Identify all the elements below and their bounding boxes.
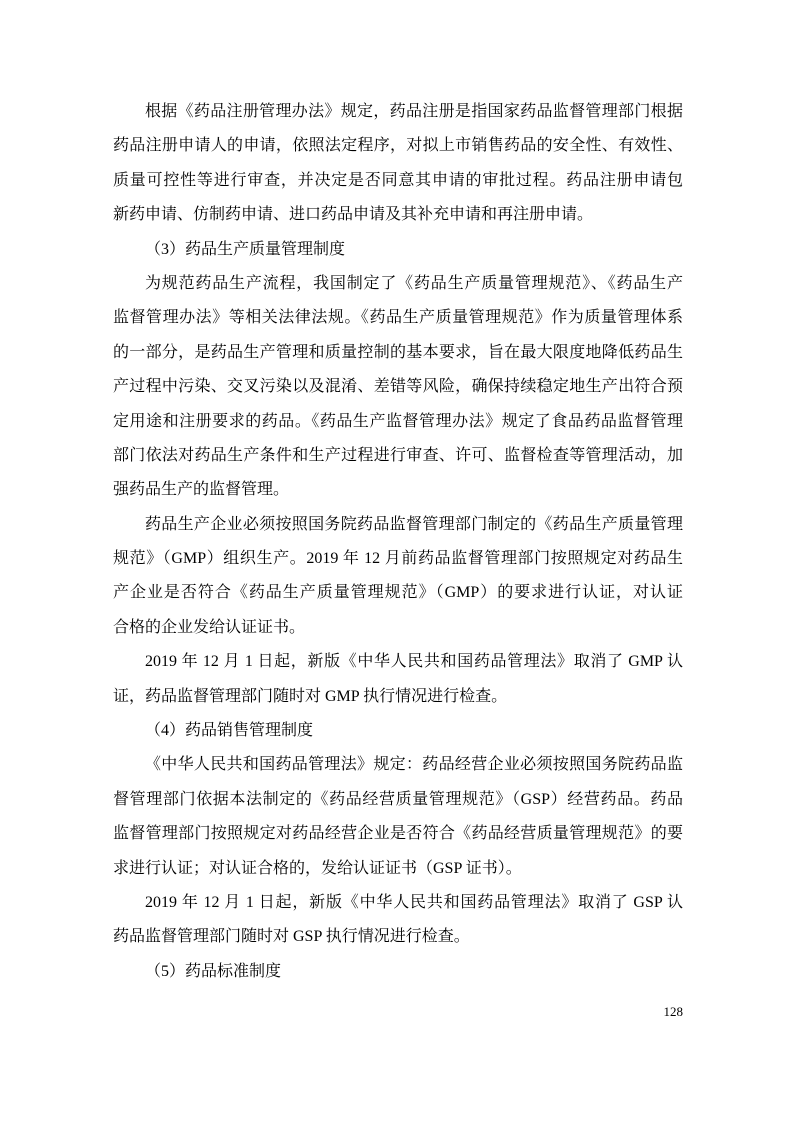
text-line: 药品注册申请人的申请，依照法定程序，对拟上市销售药品的安全性、有效性、	[113, 129, 683, 163]
text-line: 的一部分，是药品生产管理和质量控制的基本要求，旨在最大限度地降低药品生	[113, 336, 683, 370]
text-line: 督管理部门依据本法制定的《药品经营质量管理规范》（GSP）经营药品。药品	[113, 783, 683, 817]
text-line: 监督管理部门按照规定对药品经营企业是否符合《药品经营质量管理规范》的要	[113, 817, 683, 851]
paragraph: 根据《药品注册管理办法》规定，药品注册是指国家药品监督管理部门根据药品注册申请人…	[113, 95, 683, 233]
text-line: 强药品生产的监督管理。	[113, 473, 683, 507]
text-line: 产企业是否符合《药品生产质量管理规范》（GMP）的要求进行认证，对认证	[113, 576, 683, 610]
document-page: 根据《药品注册管理办法》规定，药品注册是指国家药品监督管理部门根据药品注册申请人…	[0, 0, 793, 1122]
paragraph: 药品生产企业必须按照国务院药品监督管理部门制定的《药品生产质量管理规范》（GMP…	[113, 508, 683, 646]
text-line: 新药申请、仿制药申请、进口药品申请及其补充申请和再注册申请。	[113, 198, 683, 232]
text-line: 为规范药品生产流程，我国制定了《药品生产质量管理规范》、《药品生产	[113, 267, 683, 301]
text-line: 证，药品监督管理部门随时对 GMP 执行情况进行检查。	[113, 680, 683, 714]
text-line: （4）药品销售管理制度	[113, 714, 683, 748]
document-content: 根据《药品注册管理办法》规定，药品注册是指国家药品监督管理部门根据药品注册申请人…	[113, 95, 683, 989]
page-number: 128	[664, 1004, 684, 1020]
paragraph: 《中华人民共和国药品管理法》规定：药品经营企业必须按照国务院药品监督管理部门依据…	[113, 748, 683, 886]
text-line: 合格的企业发给认证证书。	[113, 611, 683, 645]
text-line: 药品生产企业必须按照国务院药品监督管理部门制定的《药品生产质量管理	[113, 508, 683, 542]
section-heading: （4）药品销售管理制度	[113, 714, 683, 748]
text-line: 《中华人民共和国药品管理法》规定：药品经营企业必须按照国务院药品监	[113, 748, 683, 782]
text-line: （5）药品标准制度	[113, 955, 683, 989]
text-line: 求进行认证；对认证合格的，发给认证证书（GSP 证书）。	[113, 852, 683, 886]
text-line: 药品监督管理部门随时对 GSP 执行情况进行检查。	[113, 920, 683, 954]
paragraph: 2019 年 12 月 1 日起，新版《中华人民共和国药品管理法》取消了 GMP…	[113, 645, 683, 714]
section-heading: （5）药品标准制度	[113, 955, 683, 989]
text-line: 质量可控性等进行审查，并决定是否同意其申请的审批过程。药品注册申请包括：	[113, 164, 683, 198]
paragraph: 2019 年 12 月 1 日起，新版《中华人民共和国药品管理法》取消了 GSP…	[113, 886, 683, 955]
text-line: 产过程中污染、交叉污染以及混淆、差错等风险，确保持续稳定地生产出符合预	[113, 370, 683, 404]
text-line: 监督管理办法》等相关法律法规。《药品生产质量管理规范》作为质量管理体系	[113, 301, 683, 335]
text-line: 2019 年 12 月 1 日起，新版《中华人民共和国药品管理法》取消了 GSP…	[113, 886, 683, 920]
text-line: 部门依法对药品生产条件和生产过程进行审查、许可、监督检查等管理活动，加	[113, 439, 683, 473]
paragraph: 为规范药品生产流程，我国制定了《药品生产质量管理规范》、《药品生产监督管理办法》…	[113, 267, 683, 508]
text-line: 规范》（GMP）组织生产。2019 年 12 月前药品监督管理部门按照规定对药品…	[113, 542, 683, 576]
text-line: 2019 年 12 月 1 日起，新版《中华人民共和国药品管理法》取消了 GMP…	[113, 645, 683, 679]
text-line: 定用途和注册要求的药品。《药品生产监督管理办法》规定了食品药品监督管理	[113, 405, 683, 439]
text-line: （3）药品生产质量管理制度	[113, 233, 683, 267]
text-line: 根据《药品注册管理办法》规定，药品注册是指国家药品监督管理部门根据	[113, 95, 683, 129]
section-heading: （3）药品生产质量管理制度	[113, 233, 683, 267]
